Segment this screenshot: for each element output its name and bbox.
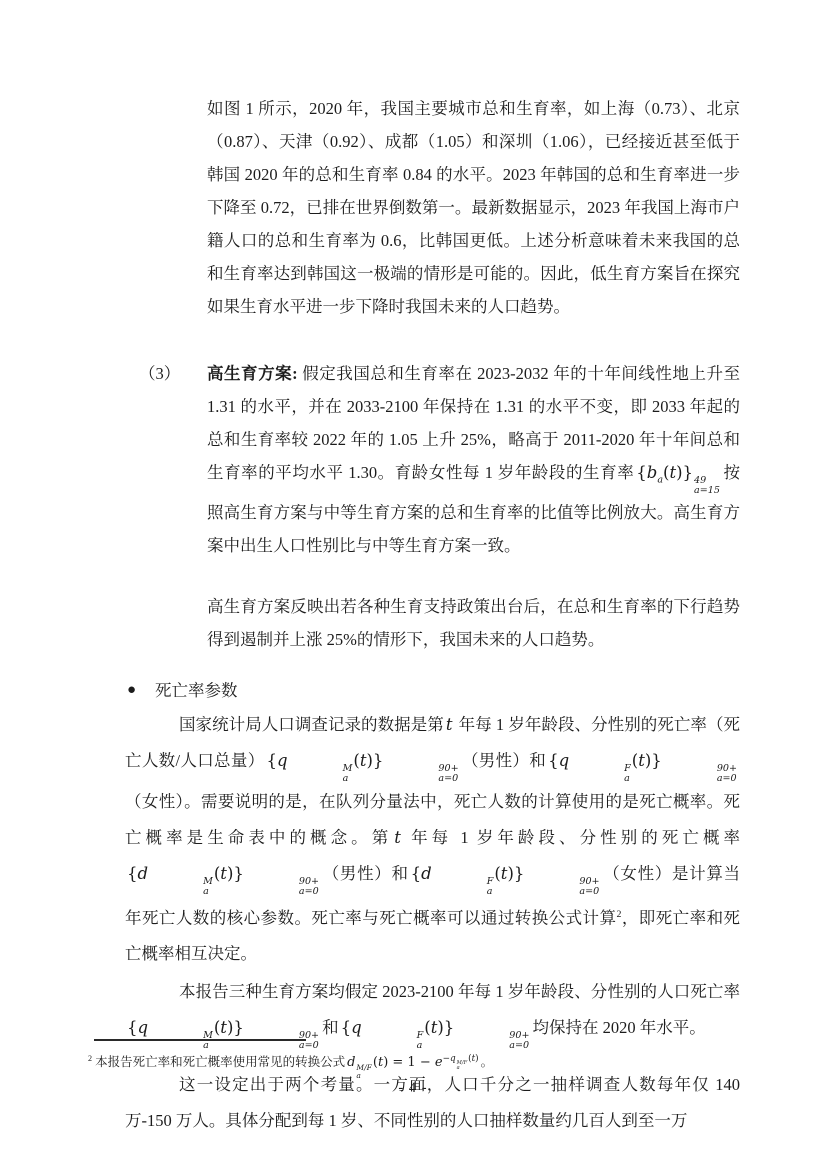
list-item-marker: （3） (125, 357, 207, 562)
bullet-icon: ● (125, 674, 155, 707)
mortality-heading-label: 死亡率参数 (155, 674, 238, 707)
footnote-body: 本报告死亡率和死亡概率使用常见的转换公式dM/Fa(t) = 1 − e−qM/… (95, 1055, 493, 1069)
list-item-text: 高生育方案: 假定我国总和生育率在 2023-2032 年的十年间线性地上升至 … (207, 357, 740, 562)
text-body: 如图 1 所示，2020 年，我国主要城市总和生育率，如上海（0.73）、北京（… (125, 92, 740, 1139)
bullet-heading-mortality: ● 死亡率参数 (125, 674, 740, 707)
footnote-section: 2本报告死亡率和死亡概率使用常见的转换公式dM/Fa(t) = 1 − e−qM… (88, 1039, 758, 1080)
page-number: - 4 - (0, 1080, 826, 1097)
paragraph-high-fertility-note: 高生育方案反映出若各种生育支持政策出台后，在总和生育率的下行趋势得到遏制并上涨 … (207, 590, 740, 656)
footnote-separator-line (94, 1039, 306, 1041)
footnote-marker: 2 (88, 1054, 92, 1063)
list-item-high-fertility-scenario: （3） 高生育方案: 假定我国总和生育率在 2023-2032 年的十年间线性地… (125, 357, 740, 562)
footnote-text: 2本报告死亡率和死亡概率使用常见的转换公式dM/Fa(t) = 1 − e−qM… (88, 1048, 758, 1080)
paragraph-mortality-data: 国家统计局人口调查记录的数据是第t 年每 1 岁年龄段、分性别的死亡率（死亡人数… (125, 707, 740, 972)
document-page: 如图 1 所示，2020 年，我国主要城市总和生育率，如上海（0.73）、北京（… (0, 0, 826, 1169)
paragraph-low-fertility-analysis: 如图 1 所示，2020 年，我国主要城市总和生育率，如上海（0.73）、北京（… (207, 92, 740, 323)
